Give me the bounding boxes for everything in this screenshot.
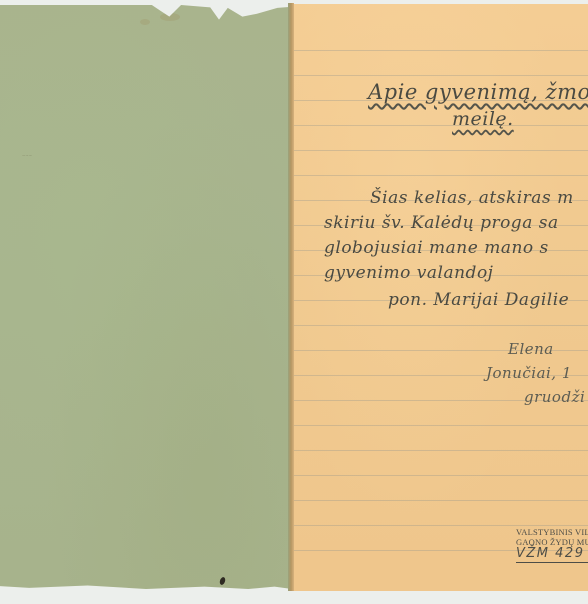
left-page-cover: ~~~: [0, 5, 292, 589]
faint-pencil-mark: ~~~: [22, 153, 32, 158]
ruled-line: [294, 75, 588, 76]
right-page-lined: Apie gyvenimą, žmog meilę. Šias kelias, …: [294, 4, 588, 591]
title-line-1: Apie gyvenimą, žmog: [368, 80, 588, 104]
ruled-line: [294, 450, 588, 451]
ruled-line: [294, 425, 588, 426]
dedication-line-1: Šias kelias, atskiras m: [370, 188, 574, 208]
ruled-line: [294, 500, 588, 501]
signature-name: Elena: [508, 340, 554, 358]
ruled-line: [294, 525, 588, 526]
dedication-line-4: gyvenimo valandoj: [324, 263, 493, 283]
dedication-line-2: skiriu šv. Kalėdų proga sa: [324, 213, 559, 233]
stamp-line-1: VALSTYBINIS VIL: [516, 527, 588, 537]
ruled-line: [294, 50, 588, 51]
museum-stamp: VALSTYBINIS VIL GAONO ŽYDŲ MU VŽM 429 k: [516, 527, 588, 563]
signature-date: gruodži: [524, 388, 585, 406]
ruled-line: [294, 325, 588, 326]
signature-place: Jonučiai, 1: [486, 364, 572, 382]
stain: [140, 19, 150, 25]
stamp-inventory-number: VŽM 429 k: [516, 547, 588, 563]
ruled-line: [294, 175, 588, 176]
scanned-document: ~~~ Apie gyvenimą, žmog meilę. Šias keli…: [0, 0, 588, 604]
dedication-line-5: pon. Marijai Dagilie: [388, 290, 569, 310]
ruled-line: [294, 150, 588, 151]
ruled-line: [294, 475, 588, 476]
ink-speck: [219, 576, 226, 585]
ruled-line: [294, 125, 588, 126]
dedication-line-3: globojusiai mane mano s: [324, 238, 549, 258]
stain: [160, 13, 180, 21]
title-line-2: meilę.: [452, 108, 514, 130]
